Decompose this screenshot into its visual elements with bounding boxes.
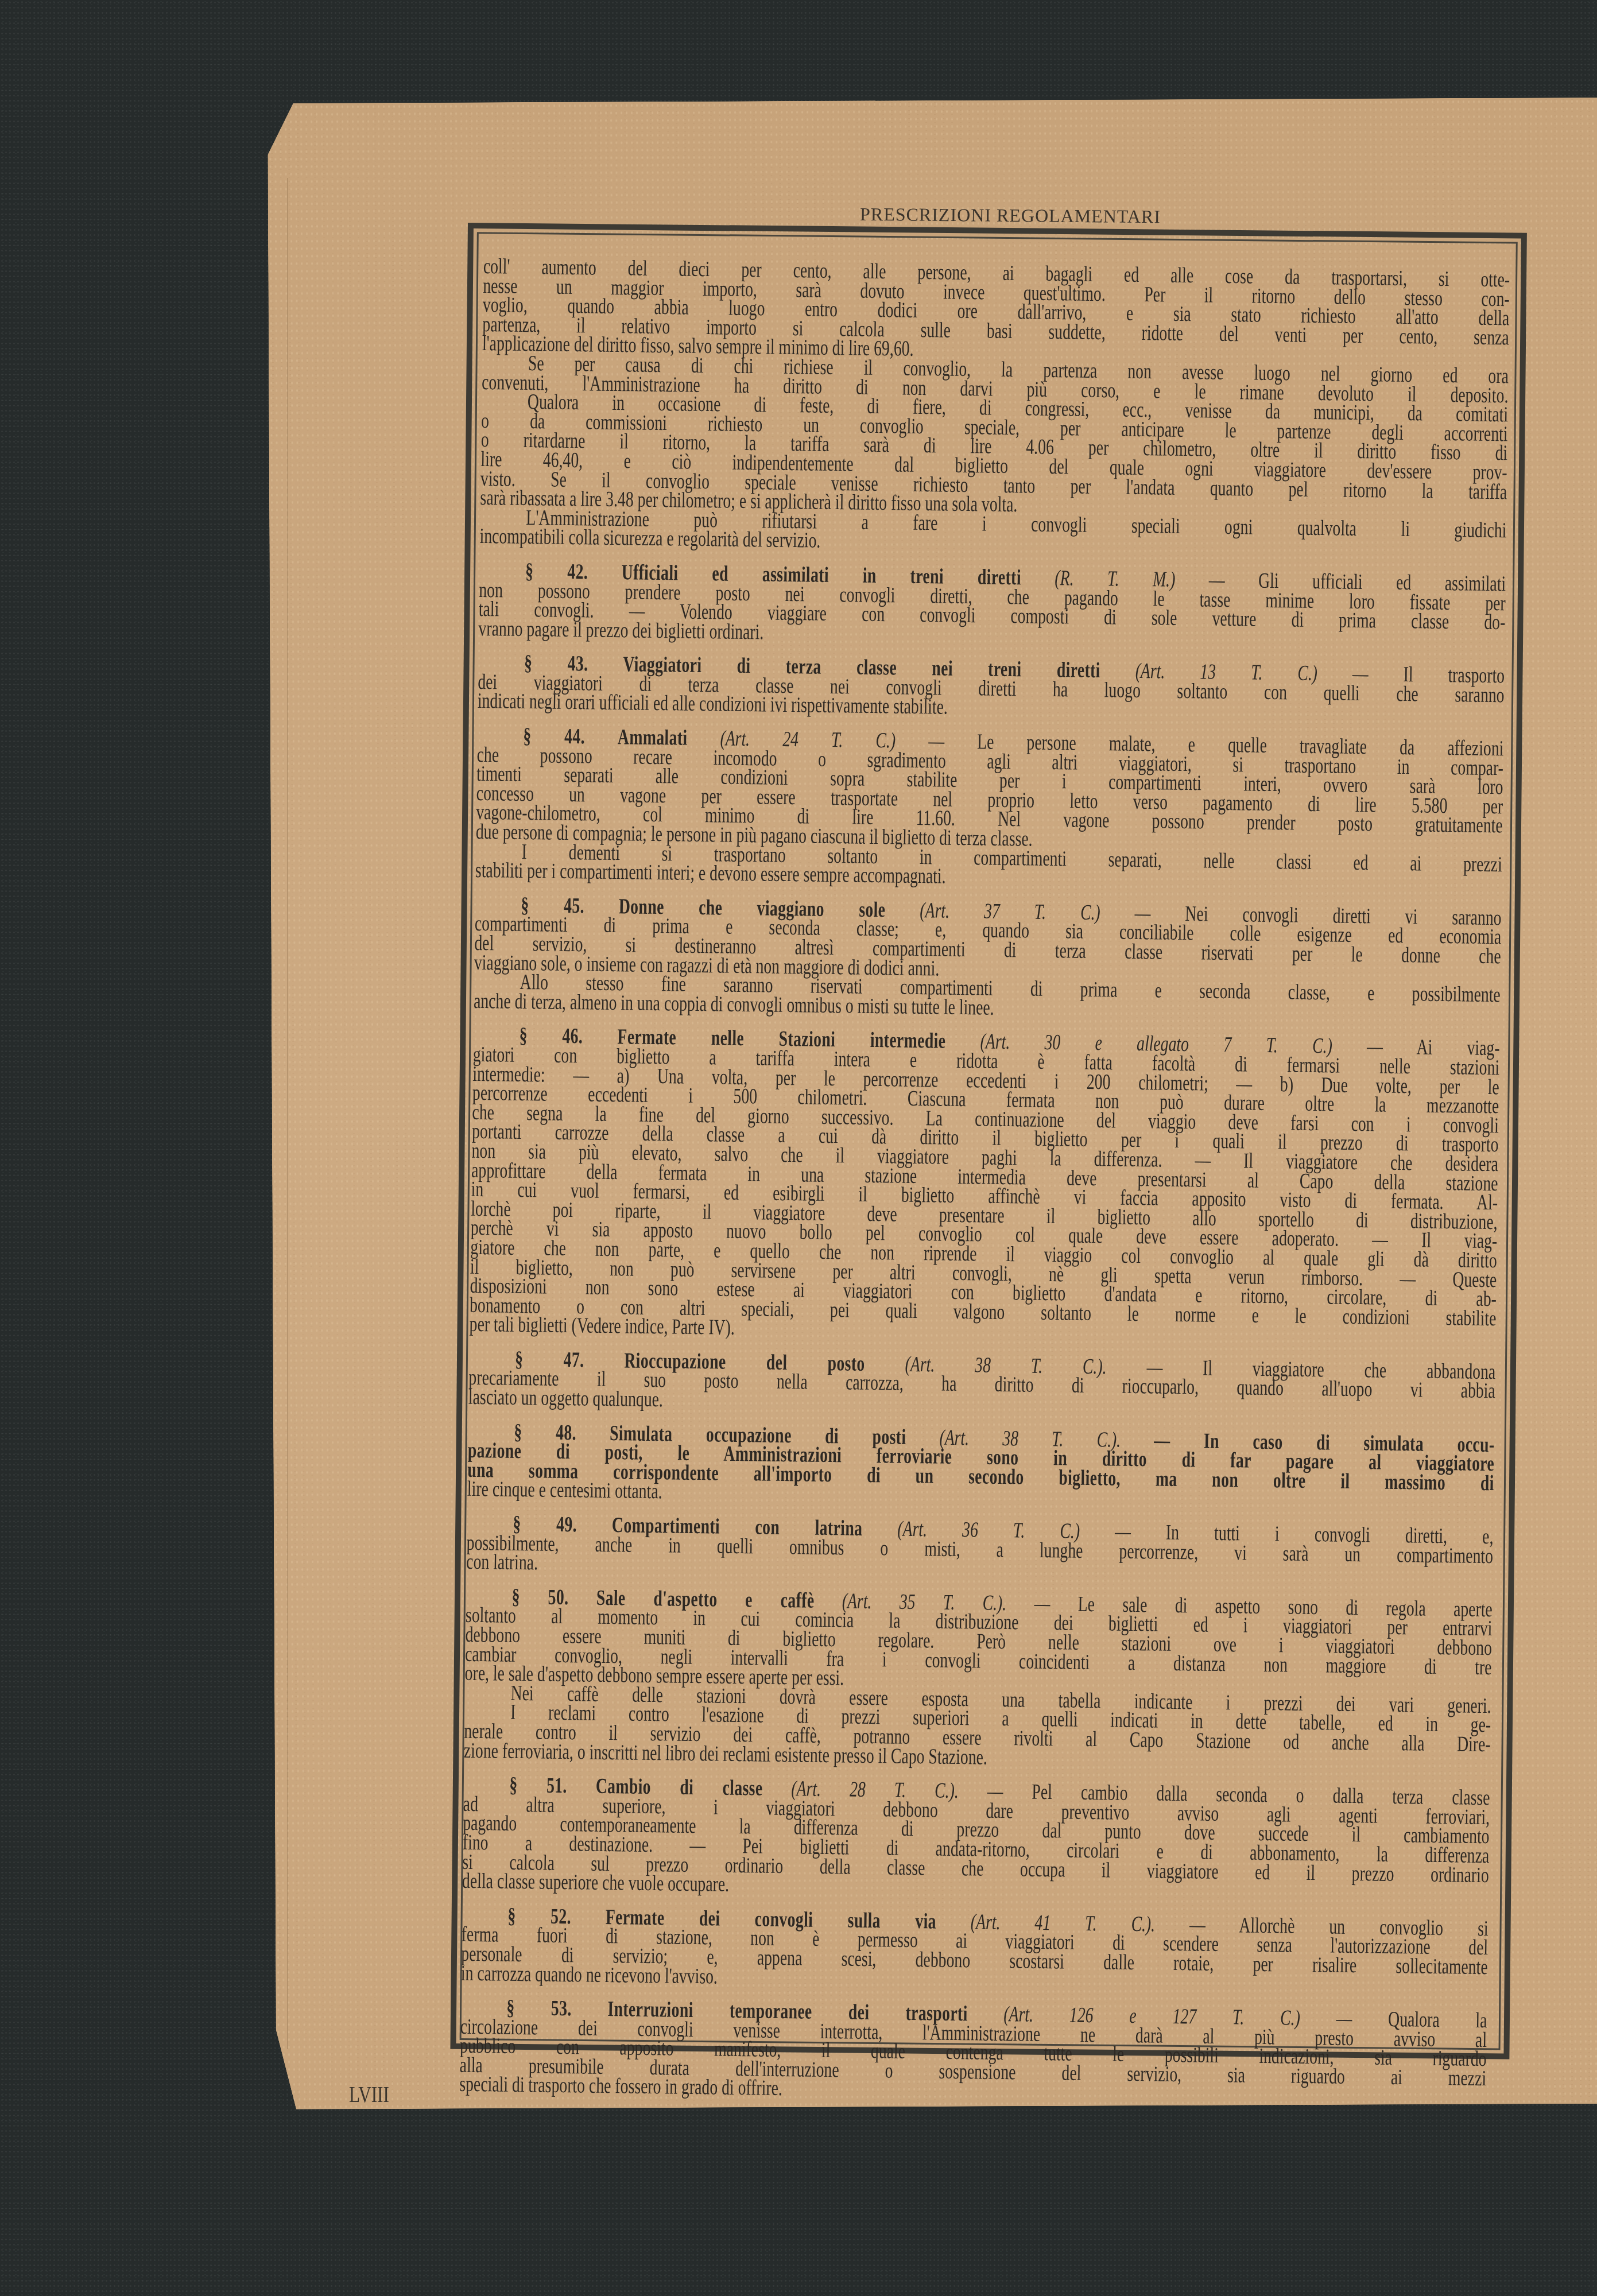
section-42: § 42. Ufficiali ed assimilati in treni d…	[478, 561, 1507, 652]
section-45: § 45. Donne che viaggiano sole (Art. 37 …	[474, 895, 1502, 1025]
section-48: § 48. Simulata occupazione di posti (Art…	[467, 1422, 1496, 1512]
page-fold-line	[287, 178, 288, 2049]
text-block: coll' aumento del dieci per cento, alle …	[459, 257, 1511, 2108]
page-number: LVIII	[349, 2081, 389, 2108]
intro-paragraphs: coll' aumento del dieci per cento, alle …	[479, 257, 1510, 560]
section-44: § 44. Ammalati (Art. 24 T. C.) — Le pers…	[475, 726, 1505, 894]
section-53: § 53. Interruzioni temporanee dei traspo…	[459, 1998, 1488, 2108]
section-46: § 46. Fermate nelle Stazioni intermedie …	[469, 1026, 1501, 1348]
section-51: § 51. Cambio di classe (Art. 28 T. C.). …	[462, 1775, 1491, 1905]
section-43: § 43. Viaggiatori di terza classe nei tr…	[478, 653, 1506, 724]
section-50: § 50. Sale d'aspetto e caffè (Art. 35 T.…	[464, 1587, 1494, 1774]
section-52: § 52. Fermate dei convogli sulla via (Ar…	[461, 1906, 1490, 1996]
section-47: § 47. Rioccupazione del posto (Art. 38 T…	[468, 1349, 1497, 1421]
